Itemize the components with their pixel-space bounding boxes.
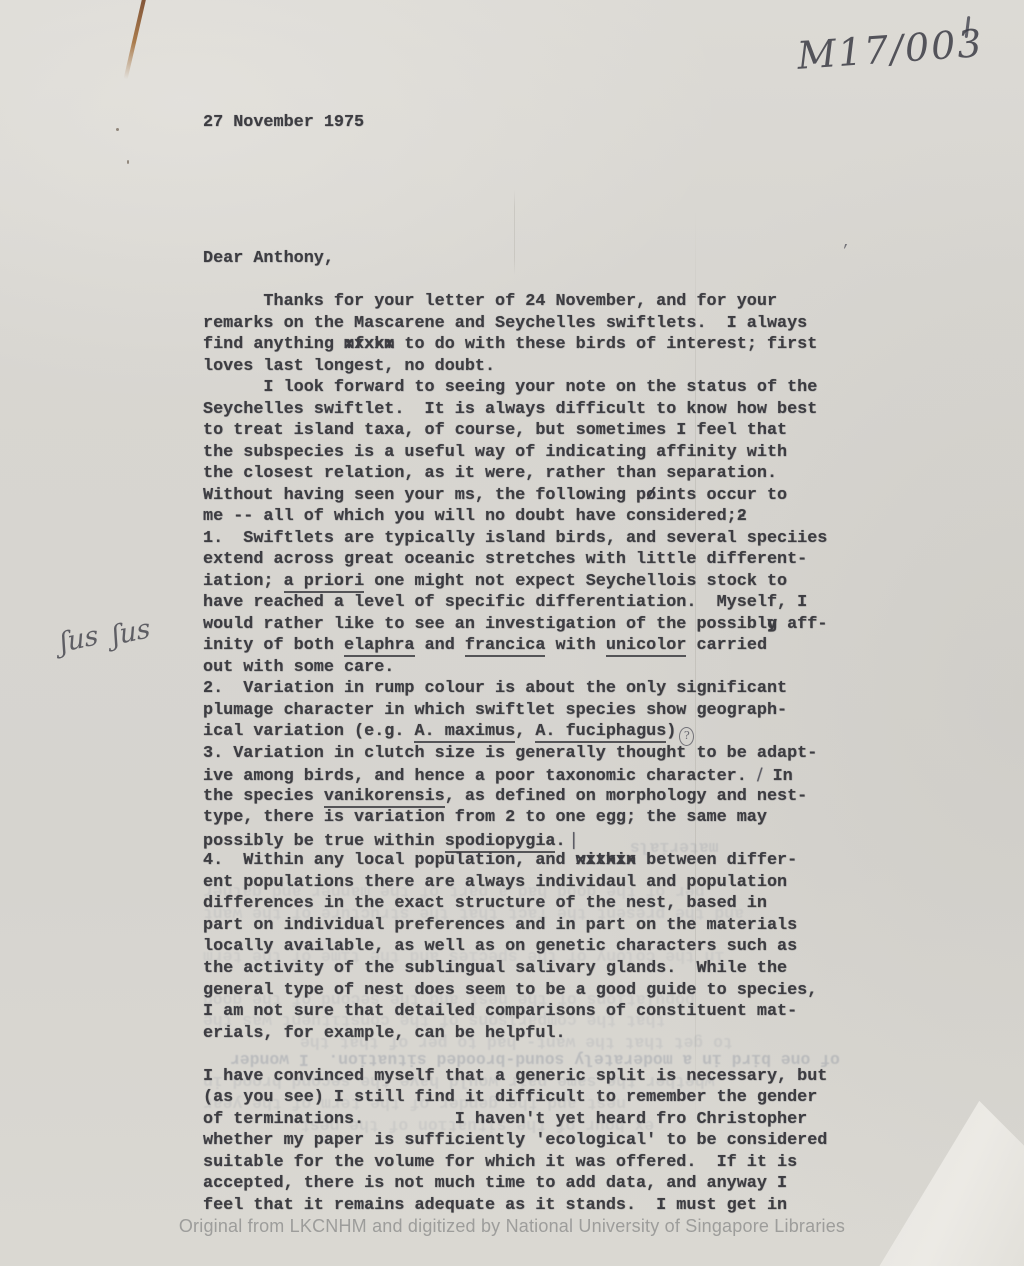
handwritten-ref-number: M17/003 [796,22,969,78]
underlined-taxon: A. fuciphagus [535,722,666,743]
underlined-taxon: a priori [284,572,365,593]
typed-line: inity of both elaphra and francica with … [203,635,883,657]
underlined-taxon: francica [465,636,546,657]
typed-line: 3. Variation in clutch size is generally… [203,743,883,765]
typed-line: (as you see) I still find it difficult t… [203,1087,883,1109]
typed-line: Seychelles swiftlet. It is always diffic… [203,399,883,421]
fold-crease [514,190,515,275]
paper-speck [116,128,119,131]
typed-line: out with some care. [203,657,883,679]
typed-line: find anything mfxkm to do with these bir… [203,334,883,356]
handwritten-margin-mark: ʃus [111,613,152,652]
typed-line: the species vanikorensis, as defined on … [203,786,883,808]
typed-line: I am not sure that detailed comparisons … [203,1001,883,1023]
handwritten-margin-mark: ʃus [59,620,100,659]
letter-salutation: Dear Anthony, [203,249,334,268]
typed-line: the subspecies is a useful way of indica… [203,442,883,464]
typed-line: loves last longest, no doubt. [203,356,883,378]
typed-line: ive among birds, and hence a poor taxono… [203,764,883,786]
typed-line: of terminations. I haven't yet heard fro… [203,1109,883,1131]
typed-line: 2. Variation in rump colour is about the… [203,678,883,700]
typed-line: part on individual preferences and in pa… [203,915,883,937]
typed-line: type, there is variation from 2 to one e… [203,807,883,829]
paper-speck [127,160,129,164]
stray-apostrophe-mark: ’ [841,243,850,260]
typed-line: to treat island taxa, of course, but som… [203,420,883,442]
overstruck-text: mfxkm [344,334,394,356]
typed-line: possibly be true within spodiopygia. | [203,829,883,851]
typed-line: ical variation (e.g. A. maximus, A. fuci… [203,721,883,743]
typed-line: plumage character in which swiftlet spec… [203,700,883,722]
typed-line: would rather like to see an investigatio… [203,614,883,636]
typed-line: 4. Within any local population, and with… [203,850,883,872]
typed-line [203,1044,883,1066]
underlined-taxon: unicolor [606,636,687,657]
typed-line: erials, for example, can be helpful. [203,1023,883,1045]
digitization-watermark: Original from LKCNHM and digitized by Na… [0,1216,1024,1237]
typed-line: me -- all of which you will no doubt hav… [203,506,883,528]
typed-line: I look forward to seeing your note on th… [203,377,883,399]
typed-line: iation; a priori one might not expect Se… [203,571,883,593]
typed-line: differences in the exact structure of th… [203,893,883,915]
typed-line: remarks on the Mascarene and Seychelles … [203,313,883,335]
letter-date: 27 November 1975 [203,113,364,132]
overstruck-text: 2 [737,506,747,528]
typed-line: the activity of the sublingual salivary … [203,958,883,980]
typed-line: Thanks for your letter of 24 November, a… [203,291,883,313]
scanned-letter-page: M17/003 ’ ʃusʃus materialsper of the goo… [0,0,1024,1266]
overstruck-text: o [646,485,656,507]
typed-line: ent populations there are always individ… [203,872,883,894]
typed-line: 1. Swiftlets are typically island birds,… [203,528,883,550]
underlined-taxon: elaphra [344,636,415,657]
underlined-taxon: A. maximus [414,722,515,743]
typed-line: feel that it remains adequate as it stan… [203,1195,883,1217]
typed-line: general type of nest does seem to be a g… [203,980,883,1002]
typed-line: I have convinced myself that a generic s… [203,1066,883,1088]
typed-line: whether my paper is sufficiently 'ecolog… [203,1130,883,1152]
typed-line: locally available, as well as on genetic… [203,936,883,958]
typed-line: suitable for the volume for which it was… [203,1152,883,1174]
pen-mark: | [566,829,577,849]
overstruck-text: y [767,614,777,636]
letter-body: Thanks for your letter of 24 November, a… [203,291,883,1216]
overstruck-text: within [576,850,636,872]
typed-line: have reached a level of specific differe… [203,592,883,614]
underlined-taxon: vanikorensis [324,787,445,808]
typed-line: Without having seen your ms, the followi… [203,485,883,507]
ink-stain [124,0,146,79]
typed-line: the closest relation, as it were, rather… [203,463,883,485]
typed-line: accepted, there is not much time to add … [203,1173,883,1195]
typed-line: extend across great oceanic stretches wi… [203,549,883,571]
